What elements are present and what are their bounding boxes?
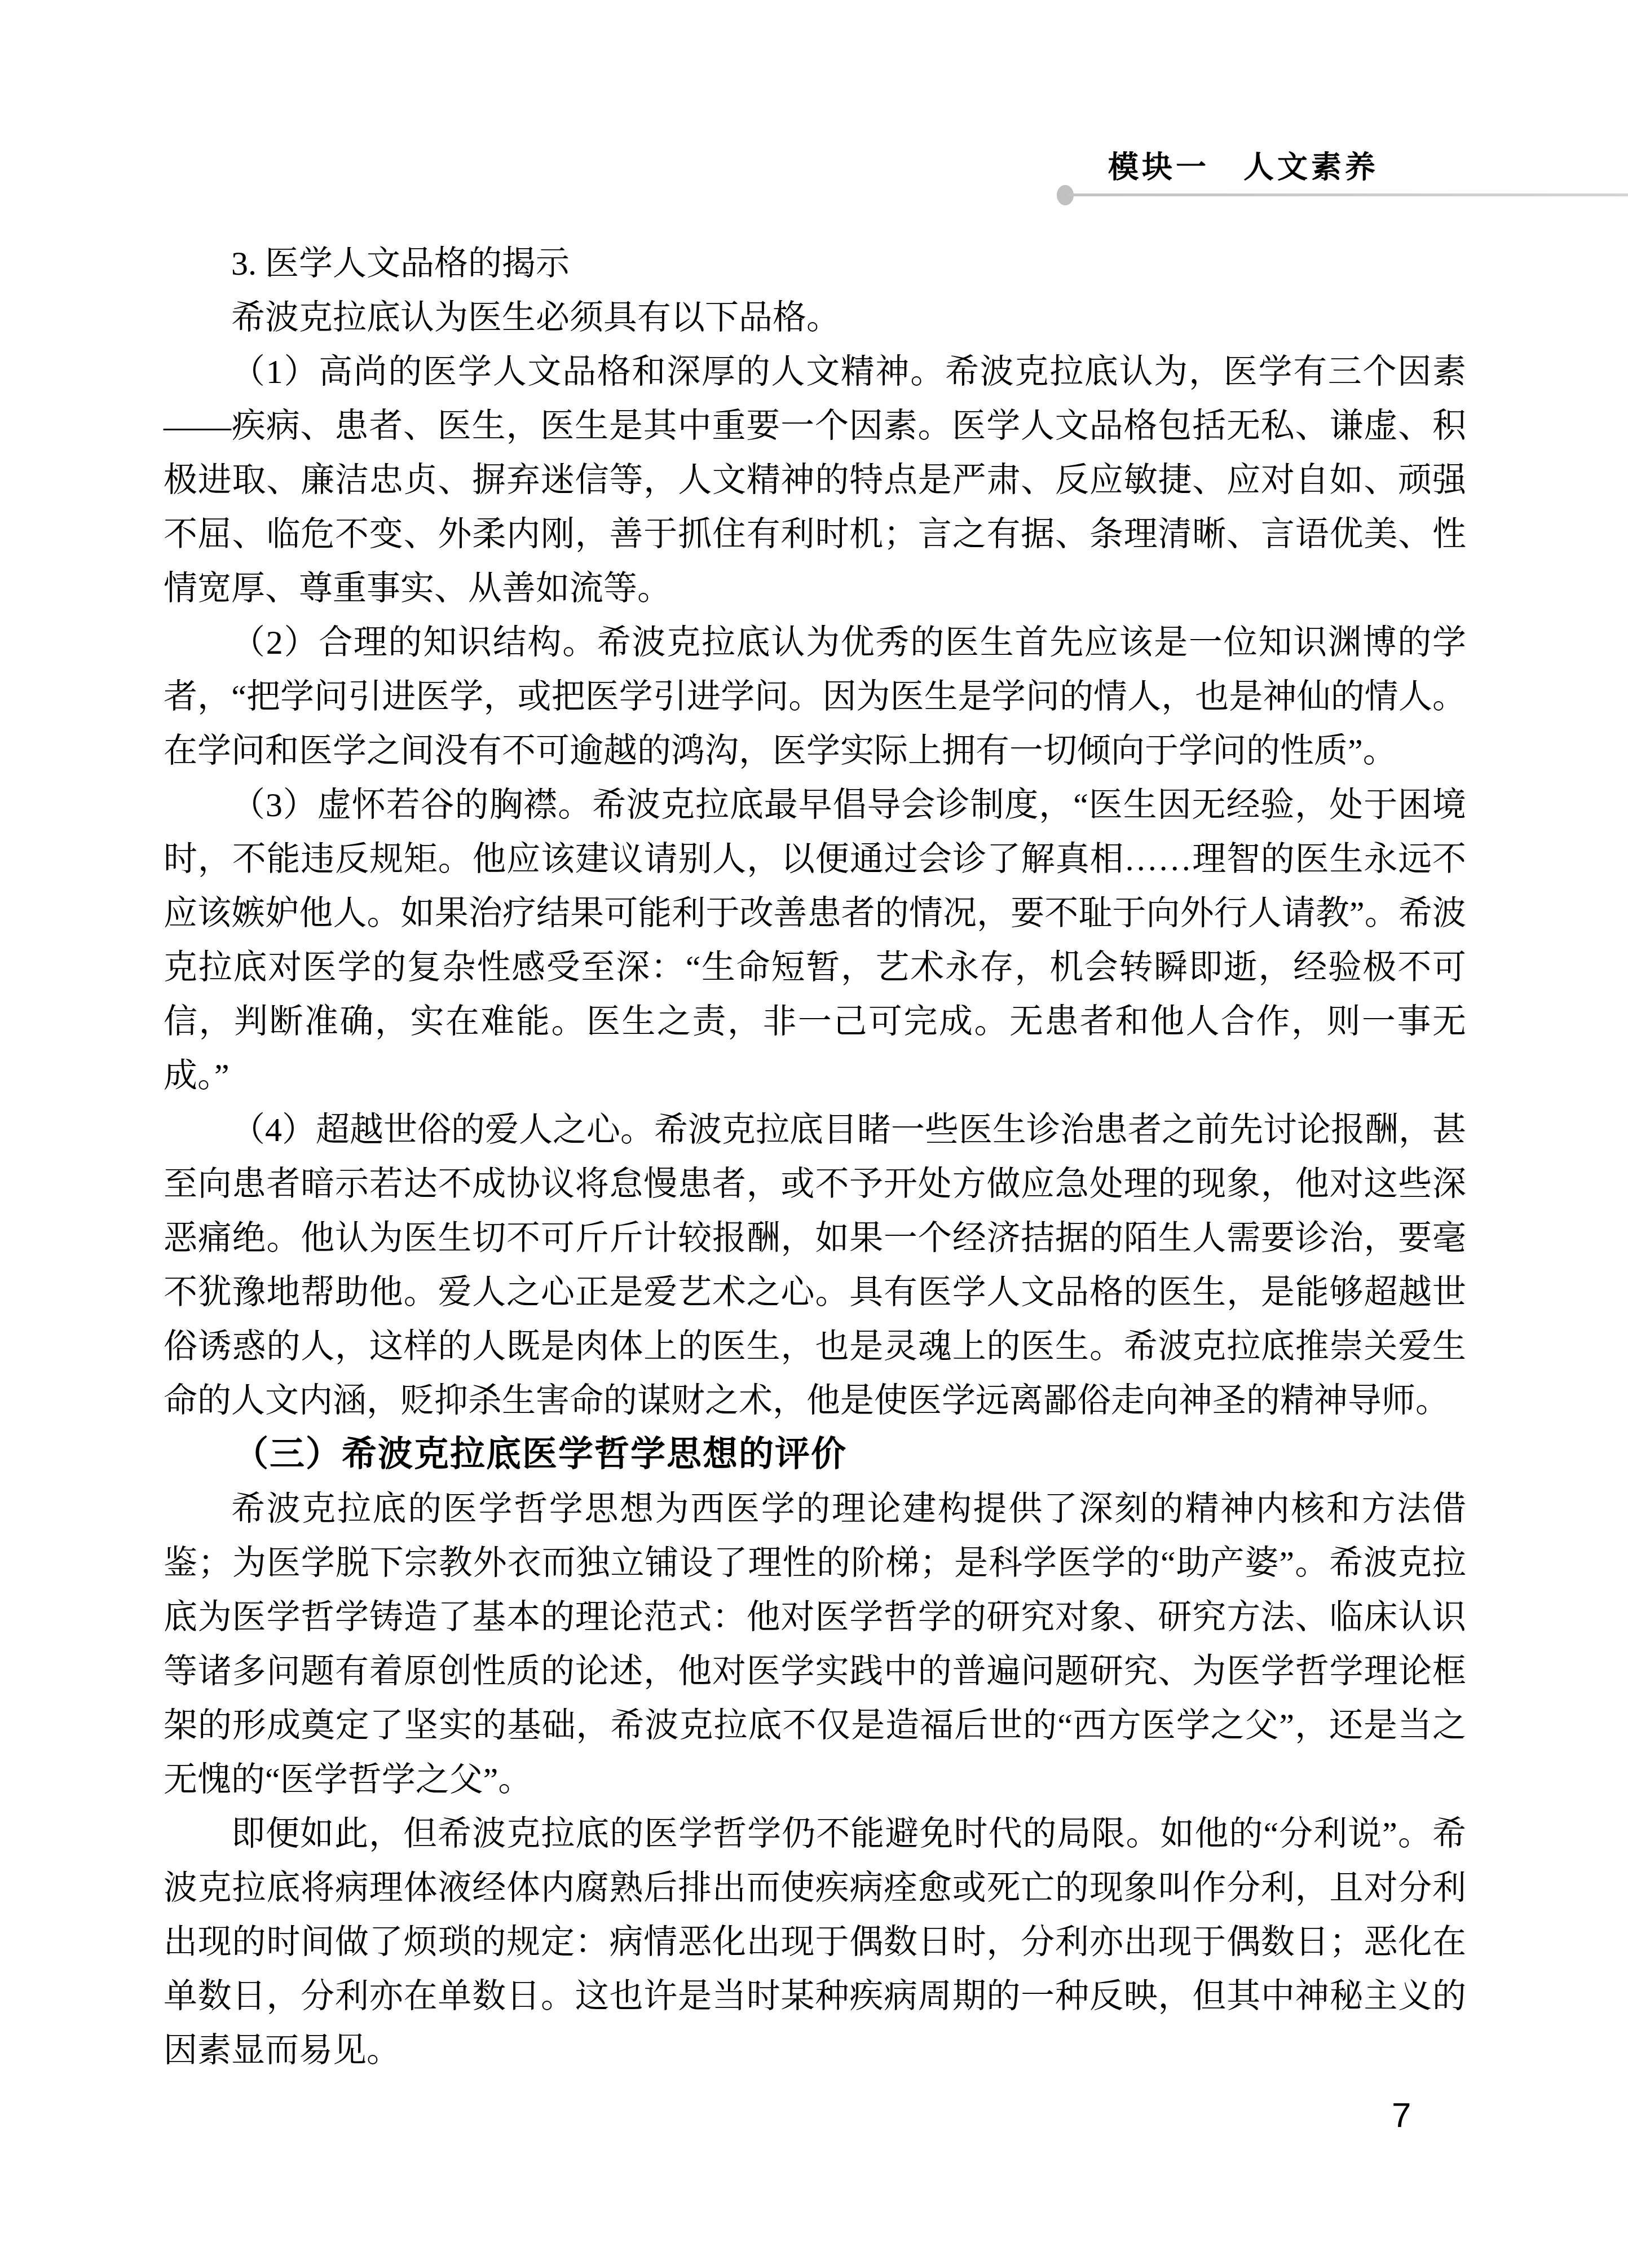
- running-head-title: 模块一 人文素养: [1108, 148, 1379, 187]
- header-rule: [1067, 193, 1628, 196]
- paragraph-item-1: （1）高尚的医学人文品格和深厚的人文精神。希波克拉底认为，医学有三个因素——疾病…: [164, 345, 1466, 615]
- book-page: 模块一 人文素养 3. 医学人文品格的揭示 希波克拉底认为医生必须具有以下品格。…: [0, 0, 1628, 2268]
- page-number: 7: [1392, 2096, 1411, 2135]
- subsection-heading: （三）希波克拉底医学哲学思想的评价: [164, 1428, 1466, 1482]
- paragraph-evaluation-2: 即便如此，但希波克拉底的医学哲学仍不能避免时代的局限。如他的“分利说”。希波克拉…: [164, 1807, 1466, 2077]
- paragraph-item-4: （4）超越世俗的爱人之心。希波克拉底目睹一些医生诊治患者之前先讨论报酬，甚至向患…: [164, 1103, 1466, 1428]
- paragraph-item-2: （2）合理的知识结构。希波克拉底认为优秀的医生首先应该是一位知识渊博的学者，“把…: [164, 615, 1466, 778]
- paragraph-intro: 希波克拉底认为医生必须具有以下品格。: [164, 290, 1466, 345]
- paragraph-item-3: （3）虚怀若谷的胸襟。希波克拉底最早倡导会诊制度，“医生因无经验，处于困境时，不…: [164, 778, 1466, 1103]
- section-heading: 3. 医学人文品格的揭示: [164, 236, 1466, 290]
- paragraph-evaluation-1: 希波克拉底的医学哲学思想为西医学的理论建构提供了深刻的精神内核和方法借鉴；为医学…: [164, 1482, 1466, 1807]
- page-body: 3. 医学人文品格的揭示 希波克拉底认为医生必须具有以下品格。 （1）高尚的医学…: [164, 236, 1466, 2077]
